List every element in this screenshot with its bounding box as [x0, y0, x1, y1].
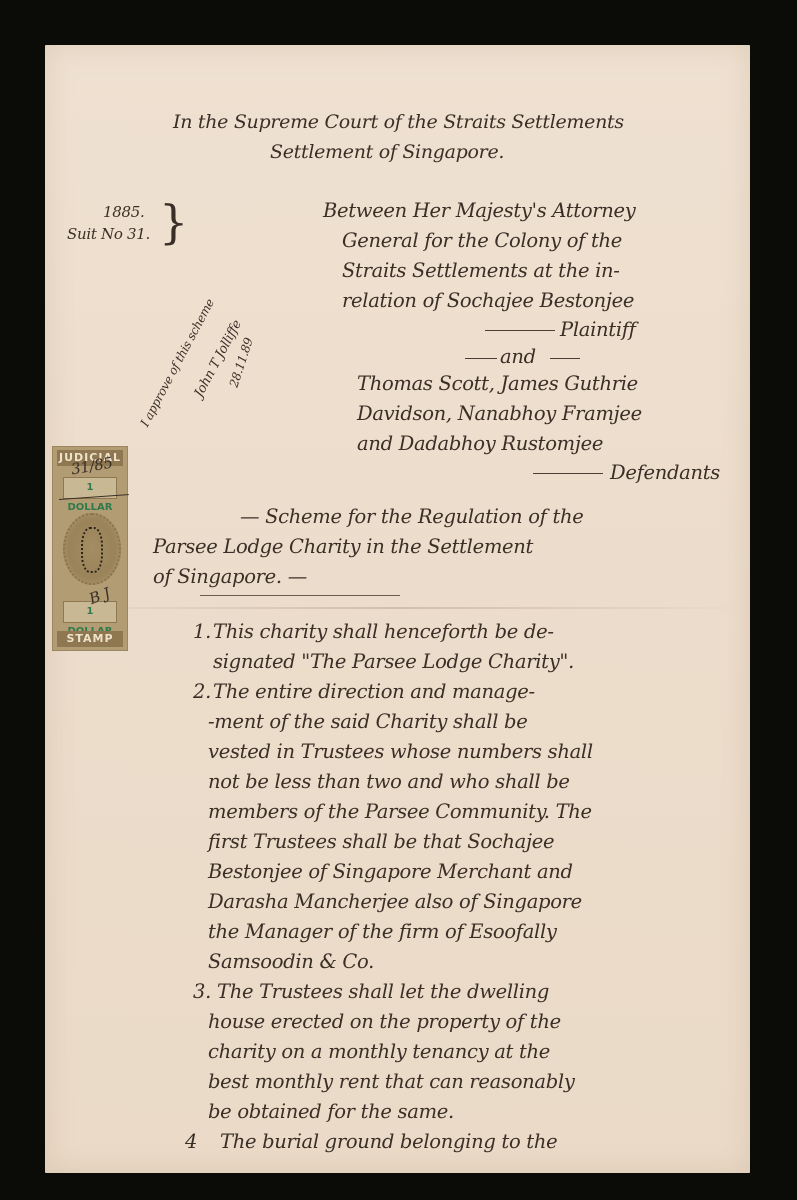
- scheme-title-line-2: Parsee Lodge Charity in the Settlement: [153, 535, 533, 558]
- parties-line-2: General for the Colony of the: [342, 229, 622, 252]
- defendants-label: Defendants: [610, 461, 720, 484]
- stamp-value-bottom: 1 DOLLAR: [63, 601, 117, 623]
- and-rule-left: [465, 358, 497, 359]
- and-rule-right: [550, 358, 580, 359]
- clause-2-line-9: the Manager of the firm of Esoofally: [208, 920, 557, 943]
- scheme-title-line-1: — Scheme for the Regulation of the: [240, 505, 584, 528]
- clause-4-line-1: The burial ground belonging to the: [220, 1130, 557, 1153]
- defendants-line-3: and Dadabhoy Rustomjee: [357, 432, 603, 455]
- approval-note: I approve of this scheme: [138, 297, 217, 429]
- clause-2-line-1: The entire direction and manage-: [213, 680, 535, 703]
- clause-2-line-2: -ment of the said Charity shall be: [208, 710, 527, 733]
- clause-2-line-4: not be less than two and who shall be: [208, 770, 570, 793]
- case-year: 1885.: [103, 203, 144, 221]
- judicial-stamp: JUDICIAL 1 DOLLAR 1 DOLLAR STAMP 31/85 B…: [52, 446, 128, 651]
- clause-3-line-5: be obtained for the same.: [208, 1100, 454, 1123]
- stamp-bottom-label: STAMP: [57, 631, 123, 647]
- clause-2-line-3: vested in Trustees whose numbers shall: [208, 740, 593, 763]
- clause-2-number: 2.: [193, 680, 211, 703]
- parties-line-1: Between Her Majesty's Attorney: [323, 199, 636, 222]
- clause-1-line-1: This charity shall henceforth be de-: [213, 620, 554, 643]
- plaintiff-label: Plaintiff: [560, 318, 636, 341]
- clause-3-number: 3.: [193, 980, 211, 1003]
- clause-2-line-5: members of the Parsee Community. The: [208, 800, 592, 823]
- clause-2-line-7: Bestonjee of Singapore Merchant and: [208, 860, 573, 883]
- parties-line-3: Straits Settlements at the in-: [342, 259, 620, 282]
- clause-2-line-6: first Trustees shall be that Sochajee: [208, 830, 554, 853]
- clause-3-line-3: charity on a monthly tenancy at the: [208, 1040, 550, 1063]
- clause-2-line-10: Samsoodin & Co.: [208, 950, 374, 973]
- scheme-title-line-3: of Singapore. —: [153, 565, 307, 588]
- clause-4-number: 4: [185, 1130, 197, 1153]
- paper-fold: [45, 607, 750, 609]
- scheme-underline: [200, 595, 400, 596]
- clause-3-line-2: house erected on the property of the: [208, 1010, 561, 1033]
- stamp-perforation: [81, 527, 103, 573]
- defendants-rule: [533, 473, 603, 474]
- suit-number: Suit No 31.: [67, 225, 150, 243]
- clause-3-line-4: best monthly rent that can reasonably: [208, 1070, 575, 1093]
- clause-1-number: 1.: [193, 620, 211, 643]
- document-page: In the Supreme Court of the Straits Sett…: [45, 45, 750, 1173]
- case-brace: }: [159, 195, 188, 249]
- defendants-line-2: Davidson, Nanabhoy Framjee: [357, 402, 642, 425]
- plaintiff-rule: [485, 330, 555, 331]
- clause-3-line-1: The Trustees shall let the dwelling: [217, 980, 549, 1003]
- defendants-line-1: Thomas Scott, James Guthrie: [357, 372, 638, 395]
- clause-2-line-8: Darasha Mancherjee also of Singapore: [208, 890, 582, 913]
- and-label: and: [500, 345, 536, 368]
- court-heading-line2: Settlement of Singapore.: [270, 141, 504, 163]
- parties-line-4: relation of Sochajee Bestonjee: [342, 289, 634, 312]
- court-heading-line1: In the Supreme Court of the Straits Sett…: [173, 111, 624, 133]
- clause-1-line-2: signated "The Parsee Lodge Charity".: [213, 650, 574, 673]
